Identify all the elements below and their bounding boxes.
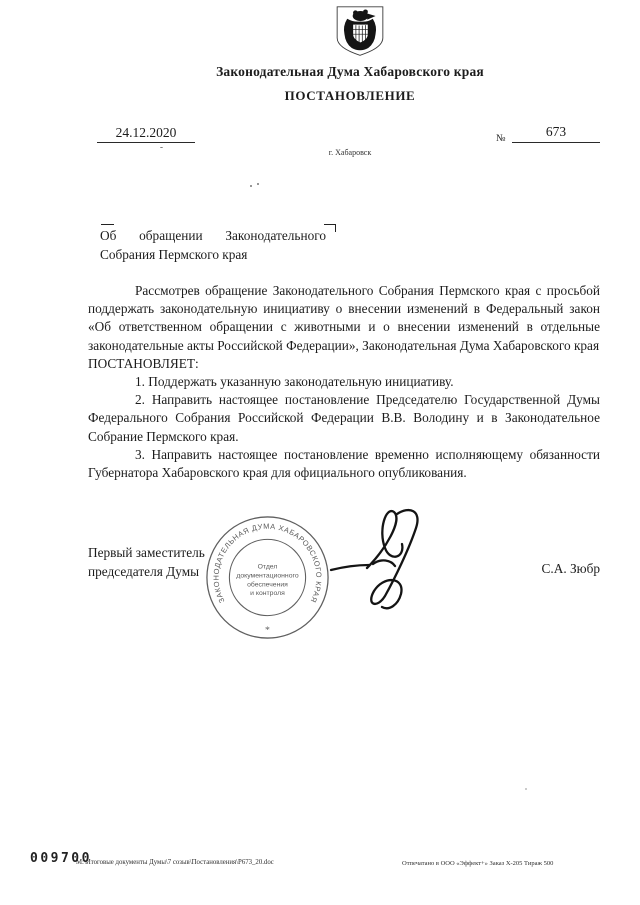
scan-noise-dot — [525, 788, 527, 790]
stamp-center-line-4: и контроля — [250, 590, 285, 597]
doc-city: г. Хабаровск — [300, 148, 400, 157]
document-header: Законодательная Дума Хабаровского края П… — [60, 64, 640, 104]
document-page: Законодательная Дума Хабаровского края П… — [0, 0, 640, 905]
coat-of-arms-icon — [331, 5, 389, 58]
subject-line-2: Собрания Пермского края — [100, 246, 326, 265]
signer-position: Первый заместитель председателя Думы — [88, 544, 205, 581]
doc-subject: Об обращении Законодательного Собрания П… — [100, 227, 326, 264]
stamp-center-line-2: документационного — [236, 573, 298, 580]
body-paragraph-1: Рассмотрев обращение Законодательного Со… — [88, 282, 600, 355]
scan-noise-dot — [257, 183, 259, 185]
scan-noise-dot — [160, 147, 163, 148]
stamp-center-line-1: Отдел — [258, 564, 278, 571]
body-item-1: 1. Поддержать указанную законодательную … — [88, 373, 600, 391]
doc-date: 24.12.2020 — [97, 125, 195, 141]
footer-print-info: Отпечатано в ООО «Эффект+» Заказ Х-205 Т… — [402, 860, 553, 867]
body-item-2: 2. Направить настоящее постановление Пре… — [88, 391, 600, 446]
subject-corner-mark-left — [101, 224, 114, 225]
signer-position-line-1: Первый заместитель — [88, 544, 205, 563]
stamp-center-line-3: обеспечения — [247, 580, 288, 588]
handwritten-signature — [329, 506, 431, 618]
scan-noise-dot — [250, 185, 252, 187]
doc-number: 673 — [512, 124, 600, 140]
doc-body: Рассмотрев обращение Законодательного Со… — [88, 282, 600, 482]
signer-position-line-2: председателя Думы — [88, 563, 205, 582]
body-resolves: ПОСТАНОВЛЯЕТ: — [88, 355, 600, 373]
body-item-3: 3. Направить настоящее постановление вре… — [88, 446, 600, 482]
number-sign-label: № — [496, 133, 506, 144]
subject-line-1: Об обращении Законодательного — [100, 227, 326, 246]
stamp-star: * — [265, 625, 270, 636]
official-round-stamp: ЗАКОНОДАТЕЛЬНАЯ ДУМА ХАБАРОВСКОГО КРАЯ О… — [204, 514, 331, 641]
signer-name: С.А. Зюбр — [460, 561, 600, 577]
number-underline — [512, 142, 600, 143]
doc-type-title: ПОСТАНОВЛЕНИЕ — [60, 88, 640, 104]
date-underline — [97, 142, 195, 143]
org-name: Законодательная Дума Хабаровского края — [60, 64, 640, 80]
footer-file-path: М:\Итоговые документы Думы\7 созыв\Поста… — [76, 859, 274, 866]
